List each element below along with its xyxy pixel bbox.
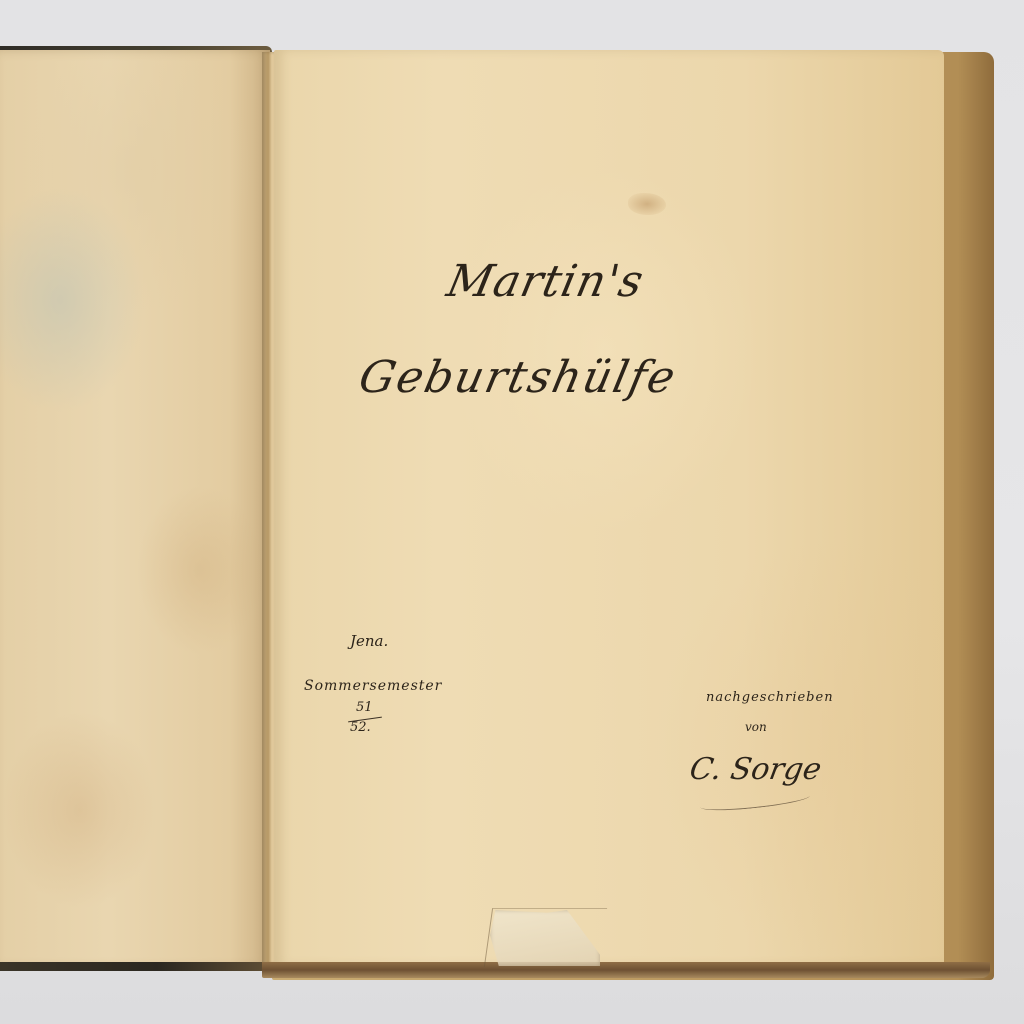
year-numerator: 51 xyxy=(356,700,373,715)
title-page xyxy=(274,50,944,966)
left-cover-bottom-edge xyxy=(0,962,262,971)
place-label: Jena. xyxy=(350,632,388,650)
page-block-bottom-edge xyxy=(262,962,990,978)
title-line-2: Geburtshülfe xyxy=(355,352,682,403)
term-label: Sommersemester xyxy=(304,678,442,694)
copied-by-label: nachgeschrieben xyxy=(706,690,834,705)
paper-stain xyxy=(628,193,666,215)
author-signature: C. Sorge xyxy=(687,752,824,787)
left-endpaper xyxy=(0,50,270,968)
by-label: von xyxy=(745,720,767,734)
paper-tear-outline xyxy=(484,908,607,967)
open-manuscript-book: Martin's Geburtshülfe Jena. Sommersemest… xyxy=(0,0,1024,1024)
year-denominator: 52. xyxy=(350,720,371,735)
title-line-1: Martin's xyxy=(443,256,649,307)
